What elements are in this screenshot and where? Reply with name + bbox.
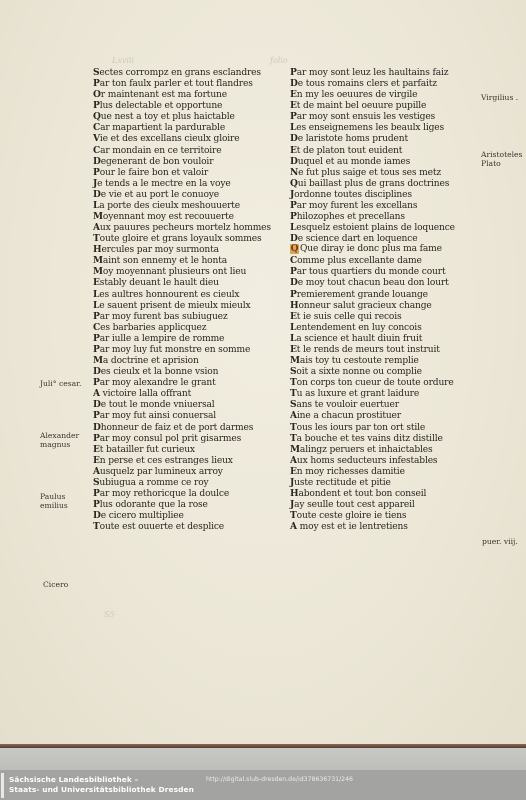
verse-line: Je tends a le mectre en la voye	[93, 178, 271, 189]
verse-line: Ta bouche et tes vains ditz distille	[290, 433, 455, 444]
verse-line: Car mondain en ce territoire	[93, 145, 271, 156]
text-column-right: Par moy sont leuz les haultains faiz De …	[290, 67, 455, 532]
verse-line: Lentendement en luy concois	[290, 322, 455, 333]
verse-line: Ma doctrine et aprision	[93, 355, 271, 366]
verse-line: Subiugua a romme ce roy	[93, 477, 271, 488]
verse-line: Jordonne toutes disciplines	[290, 189, 455, 200]
verse-line: Des cieulx et la bonne vsion	[93, 366, 271, 377]
verse-line: Car mapartient la pardurable	[93, 122, 271, 133]
page-underlay	[0, 748, 526, 770]
verse-line: Pour le faire bon et valoir	[93, 167, 271, 178]
verse-line: Par moy rethoricque la doulce	[93, 488, 271, 499]
verse-line: Degenerant de bon vouloir	[93, 156, 271, 167]
manuscript-page: Lxviii folio S5 Sectes corrompz en grans…	[0, 0, 526, 744]
verse-line: Malingz peruers et inhaictables	[290, 444, 455, 455]
verse-line: De tous romains clers et parfaitz	[290, 78, 455, 89]
verse-line: Tous les iours par ton ort stile	[290, 422, 455, 433]
margin-note-magnus: magnus	[40, 440, 70, 449]
verse-line: En my les oeuures de virgile	[290, 89, 455, 100]
verse-line: Premierement grande louange	[290, 289, 455, 300]
verse-line: Le sauent prisent de mieulx mieulx	[93, 300, 271, 311]
running-head-ghost-right: folio	[270, 56, 288, 65]
verse-line: Jay seulle tout cest appareil	[290, 499, 455, 510]
footer-accent-bar	[1, 773, 4, 798]
margin-note-virgilius: Virgilius .	[481, 93, 518, 102]
verse-line: Aux pauures pecheurs mortelz hommes	[93, 222, 271, 233]
verse-line: De tout le monde vniuersal	[93, 399, 271, 410]
verse-line: Juste rectitude et pitie	[290, 477, 455, 488]
verse-line: Mais toy tu cestoute remplie	[290, 355, 455, 366]
verse-line: La science et hault diuin fruit	[290, 333, 455, 344]
verse-line: Plus delectable et opportune	[93, 100, 271, 111]
verse-line: De vie et au port le conuoye	[93, 189, 271, 200]
margin-note-alexander: Alexander	[40, 431, 79, 440]
verse-line: Aine a chacun prostituer	[290, 410, 455, 421]
verse-line: Or maintenant est ma fortune	[93, 89, 271, 100]
verse-line: Par ton faulx parler et tout flandres	[93, 78, 271, 89]
verse-line: Et le rends de meurs tout instruit	[290, 344, 455, 355]
verse-line: Ces barbaries applicquez	[93, 322, 271, 333]
verse-line: Comme plus excellante dame	[290, 255, 455, 266]
verse-line: Par iulle a lempire de romme	[93, 333, 271, 344]
margin-note-iuli-cesar: Juli° cesar.	[40, 379, 81, 388]
verse-line: Par moy luy fut monstre en somme	[93, 344, 271, 355]
margin-note-emilius: emilius	[40, 501, 68, 510]
library-footer: Sächsische Landesbibliothek – Staats- un…	[0, 770, 526, 800]
verse-line: Toute gloire et grans loyaulx sommes	[93, 233, 271, 244]
margin-note-cicero: Cicero	[43, 580, 68, 589]
verse-line: Les enseignemens les beaulx liges	[290, 122, 455, 133]
verse-line: Par moy sont leuz les haultains faiz	[290, 67, 455, 78]
signature-mark-ghost: S5	[104, 610, 115, 619]
verse-line: Hercules par moy surmonta	[93, 244, 271, 255]
verse-line: Ton corps ton cueur de toute ordure	[290, 377, 455, 388]
verse-line: Aux homs seducteurs infestables	[290, 455, 455, 466]
verse-line: Et de maint bel oeuure pupille	[290, 100, 455, 111]
margin-note-plato: Plato	[481, 159, 501, 168]
verse-line: Qui baillast plus de grans doctrines	[290, 178, 455, 189]
verse-line: Duquel et au monde iames	[290, 156, 455, 167]
margin-note-aristoteles: Aristoteles	[481, 150, 522, 159]
verse-line-text: Que diray ie donc plus ma fame	[300, 244, 442, 254]
verse-line: La porte des cieulx meshouuerte	[93, 200, 271, 211]
verse-line: Vie et des excellans cieulx gloire	[93, 133, 271, 144]
verse-line: En perse et ces estranges lieux	[93, 455, 271, 466]
verse-line: Soit a sixte nonne ou complie	[290, 366, 455, 377]
verse-line: Honneur salut gracieux change	[290, 300, 455, 311]
verse-line: Lesquelz estoient plains de loquence	[290, 222, 455, 233]
verse-line: Estably deuant le hault dieu	[93, 277, 271, 288]
verse-line: Moyennant moy est recouuerte	[93, 211, 271, 222]
margin-note-paulus: Paulus	[40, 492, 65, 501]
verse-line: Par moy fut ainsi conuersal	[93, 410, 271, 421]
verse-line: Sectes corrompz en grans esclandres	[93, 67, 271, 78]
verse-line: Que nest a toy et plus haictable	[93, 111, 271, 122]
verse-line-with-rubric: QQue diray ie donc plus ma fame	[290, 244, 455, 255]
verse-line: Ausquelz par lumineux arroy	[93, 466, 271, 477]
verse-line: Plus odorante que la rose	[93, 499, 271, 510]
verse-line: Par moy furent bas subiuguez	[93, 311, 271, 322]
verse-line: Et batailler fut curieux	[93, 444, 271, 455]
verse-line: Par moy alexandre le grant	[93, 377, 271, 388]
library-name: Sächsische Landesbibliothek – Staats- un…	[9, 775, 194, 795]
margin-note-proverbs: puer. viij.	[482, 537, 518, 546]
verse-line: Toute est ouuerte et desplice	[93, 521, 271, 532]
verse-line: Ne fut plus saige et tous ses metz	[290, 167, 455, 178]
verse-line: Par moy consul pol prit gisarmes	[93, 433, 271, 444]
verse-line: Les aultres honnourent es cieulx	[93, 289, 271, 300]
verse-line: Habondent et tout bon conseil	[290, 488, 455, 499]
verse-line: Philozophes et precellans	[290, 211, 455, 222]
verse-line: De laristote homs prudent	[290, 133, 455, 144]
verse-line: Toute ceste gloire ie tiens	[290, 510, 455, 521]
verse-line: De moy tout chacun beau don lourt	[290, 277, 455, 288]
text-column-left: Sectes corrompz en grans esclandres Par …	[93, 67, 271, 532]
verse-line: Dhonneur de faiz et de port darmes	[93, 422, 271, 433]
document-viewer: Lxviii folio S5 Sectes corrompz en grans…	[0, 0, 526, 770]
verse-line: Par moy sont ensuis les vestiges	[290, 111, 455, 122]
rubricated-initial: Q	[290, 244, 299, 254]
verse-line: Tu as luxure et grant laidure	[290, 388, 455, 399]
verse-line: De cicero multipliee	[93, 510, 271, 521]
verse-line: Par tous quartiers du monde court	[290, 266, 455, 277]
verse-line: De science dart en loquence	[290, 233, 455, 244]
verse-line: En moy richesses damitie	[290, 466, 455, 477]
running-head-ghost-left: Lxviii	[112, 56, 134, 65]
verse-line: A victoire lalla offrant	[93, 388, 271, 399]
verse-line: Par moy furent les excellans	[290, 200, 455, 211]
verse-line: Et ie suis celle qui recois	[290, 311, 455, 322]
verse-line: Maint son ennemy et le honta	[93, 255, 271, 266]
verse-line: Moy moyennant plusieurs ont lieu	[93, 266, 271, 277]
permalink-url[interactable]: http://digital.slub-dresden.de/id3786367…	[206, 776, 353, 783]
verse-line: Sans te vouloir euertuer	[290, 399, 455, 410]
verse-line: Et de platon tout euident	[290, 145, 455, 156]
verse-line: A moy est et ie lentretiens	[290, 521, 455, 532]
library-name-line1: Sächsische Landesbibliothek –	[9, 775, 194, 785]
library-name-line2: Staats- und Universitätsbibliothek Dresd…	[9, 785, 194, 795]
